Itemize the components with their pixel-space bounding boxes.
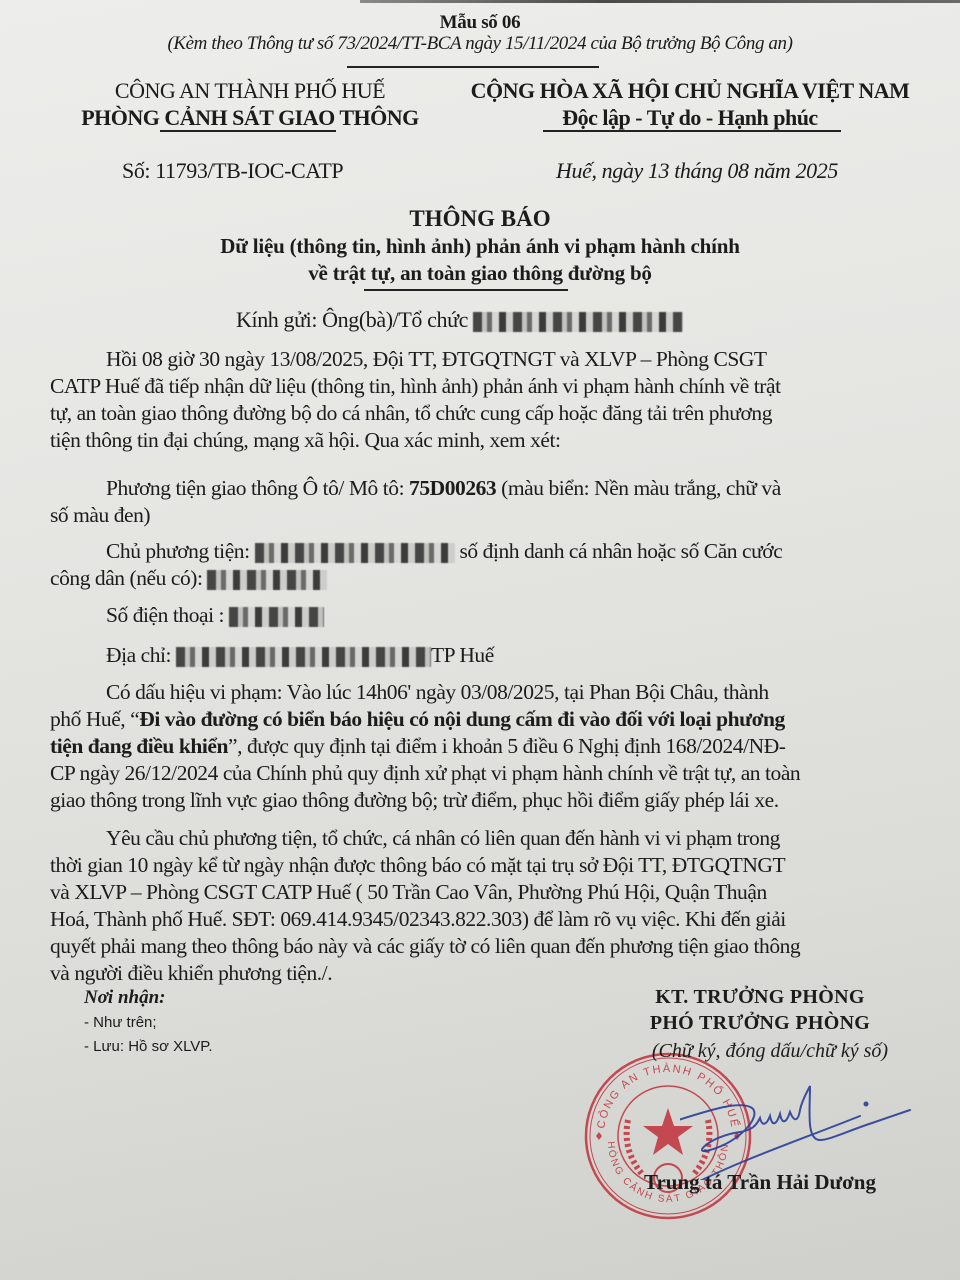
owner-id-label: số định danh cá nhân hoặc số Căn cước	[460, 539, 783, 563]
redacted-addressee	[473, 312, 683, 332]
violation-description: Đi vào đường có biển báo hiệu có nội dun…	[139, 707, 785, 731]
violation-line: Có dấu hiệu vi phạm: Vào lúc 14h06' ngày…	[50, 679, 896, 706]
addressee-label: Kính gửi: Ông(bà)/Tổ chức	[236, 307, 468, 332]
request-line: quyết phải mang theo thông báo này và cá…	[50, 933, 896, 960]
recipient-item: - Như trên;	[84, 1014, 157, 1031]
violation-description-cont: tiện đang điều khiển	[50, 734, 228, 758]
request-paragraph: Yêu cầu chủ phương tiện, tổ chức, cá nhâ…	[50, 825, 896, 987]
address-line: Địa chỉ: TP Huế	[50, 642, 896, 669]
request-line: Hoá, Thành phố Huế. SĐT: 069.414.9345/02…	[50, 906, 896, 933]
agency-parent: CÔNG AN THÀNH PHỐ HUẾ	[40, 77, 460, 104]
request-line: thời gian 10 ngày kể từ ngày nhận được t…	[50, 852, 896, 879]
addressee: Kính gửi: Ông(bà)/Tổ chức	[236, 307, 683, 333]
violation-line: CP ngày 26/12/2024 của Chính phủ quy địn…	[50, 760, 896, 787]
place-date: Huế, ngày 13 tháng 08 năm 2025	[556, 158, 838, 184]
violation-line: phố Huế, “Đi vào đường có biển báo hiệu …	[50, 706, 896, 733]
request-line: Yêu cầu chủ phương tiện, tổ chức, cá nhâ…	[50, 825, 896, 852]
violation-paragraph: Có dấu hiệu vi phạm: Vào lúc 14h06' ngày…	[50, 679, 896, 814]
intro-paragraph: Hồi 08 giờ 30 ngày 13/08/2025, Đội TT, Đ…	[50, 346, 896, 454]
signer-name: Trung tá Trần Hải Dương	[600, 1170, 920, 1195]
intro-line: tự, an toàn giao thông đường bộ do cá nh…	[50, 400, 896, 427]
violation-line: giao thông trong lĩnh vực giao thông đườ…	[50, 787, 896, 814]
violation-text: ”, được quy định tại điểm i khoản 5 điều…	[228, 734, 785, 758]
violation-text: phố Huế, “	[50, 707, 139, 731]
title-underline	[364, 289, 568, 291]
phone-line: Số điện thoại :	[50, 602, 896, 629]
national-motto: Độc lập - Tự do - Hạnh phúc	[440, 104, 940, 131]
plate-color-cont: số màu đen)	[50, 502, 896, 529]
phone-label: Số điện thoại :	[106, 603, 224, 627]
request-line: và người điều khiển phương tiện./.	[50, 960, 896, 987]
handwritten-signature-icon	[680, 1070, 920, 1180]
owner-paragraph: Chủ phương tiện: số định danh cá nhân ho…	[50, 538, 896, 592]
recipient-item: - Lưu: Hồ sơ XLVP.	[84, 1038, 213, 1055]
intro-line: Hồi 08 giờ 30 ngày 13/08/2025, Đội TT, Đ…	[50, 346, 896, 373]
form-reference: (Kèm theo Thông tư số 73/2024/TT-BCA ngà…	[0, 33, 960, 55]
document-subtitle-line1: Dữ liệu (thông tin, hình ảnh) phản ánh v…	[0, 234, 960, 259]
photo-background-edge	[360, 0, 960, 3]
owner-line: Chủ phương tiện: số định danh cá nhân ho…	[50, 538, 896, 565]
license-plate: 75D00263	[409, 476, 496, 500]
address-city: TP Huế	[431, 643, 494, 667]
address-label: Địa chỉ:	[106, 643, 171, 667]
violation-line: tiện đang điều khiển”, được quy định tại…	[50, 733, 896, 760]
form-number: Mẫu số 06	[0, 12, 960, 34]
request-line: và XLVP – Phòng CSGT CATP Huế ( 50 Trần …	[50, 879, 896, 906]
nation-name: CỘNG HÒA XÃ HỘI CHỦ NGHĨA VIỆT NAM	[440, 77, 940, 104]
document-title: THÔNG BÁO	[0, 206, 960, 232]
divider	[347, 66, 599, 68]
phone-row: Số điện thoại :	[50, 602, 896, 629]
redacted-citizen-id	[207, 570, 327, 590]
redacted-owner-name	[255, 543, 455, 563]
agency-name: PHÒNG CẢNH SÁT GIAO THÔNG	[40, 104, 460, 131]
plate-color: (màu biển: Nền màu trắng, chữ và	[496, 476, 781, 500]
redacted-address	[176, 647, 431, 667]
document-number: Số: 11793/TB-IOC-CATP	[122, 158, 343, 184]
vehicle-paragraph: Phương tiện giao thông Ô tô/ Mô tô: 75D0…	[50, 475, 896, 529]
motto-underline	[543, 130, 841, 132]
signature-note: (Chữ ký, đóng dấu/chữ ký số)	[620, 1040, 920, 1063]
id-line: công dân (nếu có):	[50, 565, 896, 592]
vehicle-line: Phương tiện giao thông Ô tô/ Mô tô: 75D0…	[50, 475, 896, 502]
address-row: Địa chỉ: TP Huế	[50, 642, 896, 669]
vehicle-label: Phương tiện giao thông Ô tô/ Mô tô:	[106, 476, 409, 500]
agency-underline	[160, 130, 336, 132]
intro-line: tiện thông tin đại chúng, mạng xã hội. Q…	[50, 427, 896, 454]
redacted-phone	[229, 607, 324, 627]
citizen-id-label: công dân (nếu có):	[50, 566, 203, 590]
recipients-label: Nơi nhận:	[84, 987, 165, 1009]
intro-line: CATP Huế đã tiếp nhận dữ liệu (thông tin…	[50, 373, 896, 400]
document-subtitle-line2: về trật tự, an toàn giao thông đường bộ	[0, 261, 960, 286]
owner-label: Chủ phương tiện:	[106, 539, 250, 563]
signer-title-2: PHÓ TRƯỞNG PHÒNG	[600, 1012, 920, 1035]
signer-title-1: KT. TRƯỞNG PHÒNG	[600, 986, 920, 1009]
